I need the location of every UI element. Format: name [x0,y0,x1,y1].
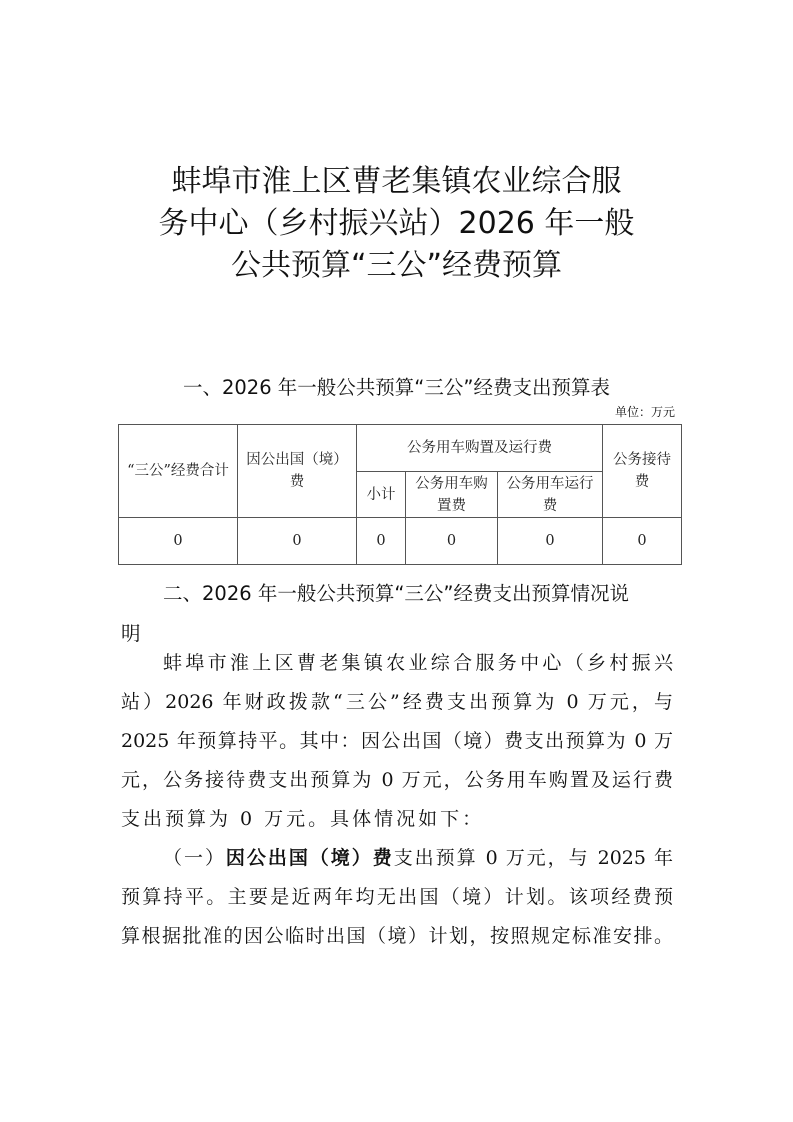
cell-reception: 0 [603,518,682,565]
paragraph-1-line-5: 支出预算为 0 万元。具体情况如下： [121,800,673,839]
paragraph-1-line-2: 站）2026 年财政拨款“三公”经费支出预算为 0 万元，与 [121,683,673,722]
paragraph-1: 蚌埠市淮上区曹老集镇农业综合服务中心（乡村振兴 站）2026 年财政拨款“三公”… [121,644,673,839]
cell-vehicle-purchase: 0 [406,518,498,565]
three-public-expenses-table: “三公”经费合计 因公出国（境）费 公务用车购置及运行费 公务接待费 小计 公务… [118,424,682,565]
title-line-3: 公共预算“三公”经费预算 [0,245,793,287]
title-line-1: 蚌埠市淮上区曹老集镇农业综合服 [0,161,793,203]
bold-term-overseas: 因公出国（境）费 [226,847,394,869]
header-vehicle-group: 公务用车购置及运行费 [357,425,603,472]
header-vehicle-operation: 公务用车运行费 [498,472,603,518]
paragraph-2-line-1: （一）因公出国（境）费支出预算 0 万元，与 2025 年 [121,839,673,878]
paragraph-2-line-2: 预算持平。主要是近两年均无出国（境）计划。该项经费预 [121,878,673,917]
document-title: 蚌埠市淮上区曹老集镇农业综合服 务中心（乡村振兴站）2026 年一般 公共预算“… [0,161,793,287]
paragraph-1-line-4: 元，公务接待费支出预算为 0 万元，公务用车购置及运行费 [121,761,673,800]
header-reception: 公务接待费 [603,425,682,518]
cell-total: 0 [119,518,238,565]
paragraph-2: （一）因公出国（境）费支出预算 0 万元，与 2025 年 预算持平。主要是近两… [121,839,673,956]
paragraph-2-line-1-rest: 支出预算 0 万元，与 2025 年 [394,847,673,869]
cell-vehicle-subtotal: 0 [357,518,406,565]
table-header-row: “三公”经费合计 因公出国（境）费 公务用车购置及运行费 公务接待费 [119,425,682,472]
section-2-heading-line-1: 二、2026 年一般公共预算“三公”经费支出预算情况说 [121,574,673,614]
section-1-heading: 一、2026 年一般公共预算“三公”经费支出预算表 [0,374,793,402]
header-vehicle-subtotal: 小计 [357,472,406,518]
table-row: 0 0 0 0 0 0 [119,518,682,565]
document-page: 蚌埠市淮上区曹老集镇农业综合服 务中心（乡村振兴站）2026 年一般 公共预算“… [0,0,793,1122]
title-line-2: 务中心（乡村振兴站）2026 年一般 [0,203,793,245]
header-vehicle-purchase: 公务用车购置费 [406,472,498,518]
header-total: “三公”经费合计 [119,425,238,518]
unit-label: 单位：万元 [615,404,675,420]
paragraph-1-line-1: 蚌埠市淮上区曹老集镇农业综合服务中心（乡村振兴 [121,644,673,683]
paragraph-2-line-3: 算根据批准的因公临时出国（境）计划，按照规定标准安排。 [121,917,673,956]
cell-overseas: 0 [238,518,357,565]
paragraph-1-line-3: 2025 年预算持平。其中：因公出国（境）费支出预算为 0 万 [121,722,673,761]
list-marker: （一） [163,847,226,869]
section-2-heading: 二、2026 年一般公共预算“三公”经费支出预算情况说 明 [121,574,673,654]
cell-vehicle-operation: 0 [498,518,603,565]
header-overseas: 因公出国（境）费 [238,425,357,518]
